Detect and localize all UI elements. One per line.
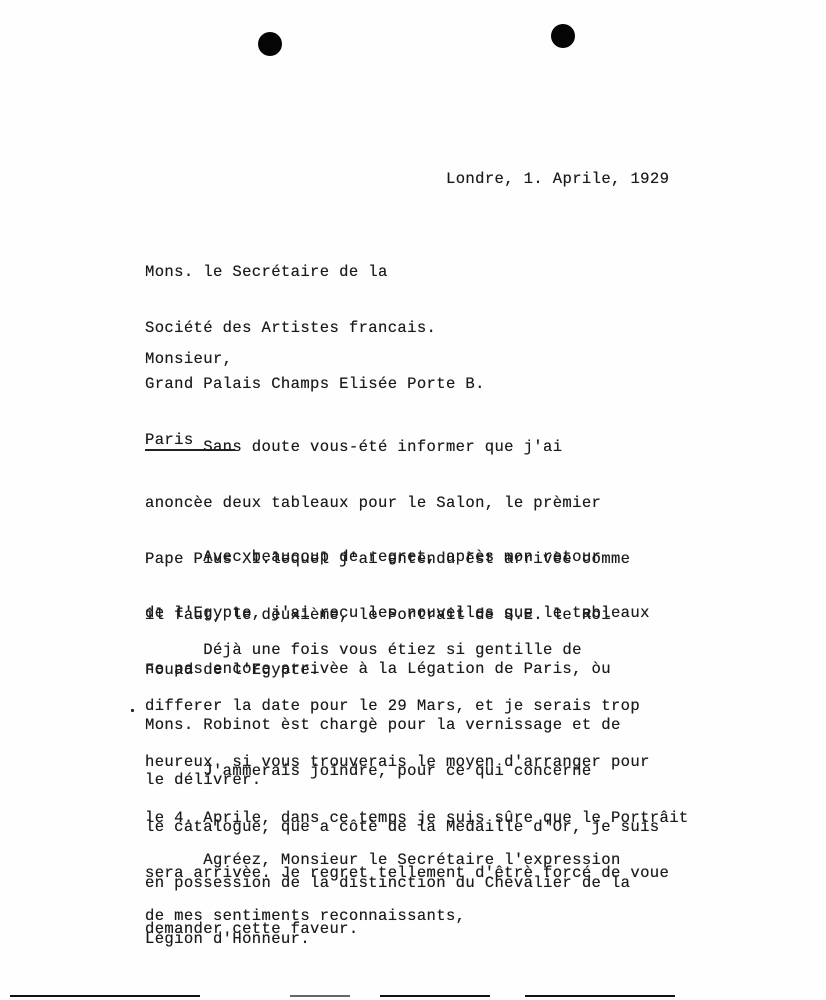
text-line: differer la date pour le 29 Mars, et je … <box>145 697 689 716</box>
text-line: anoncèe deux tableaux pour le Salon, le … <box>145 494 630 513</box>
scan-edge-mark <box>380 995 490 997</box>
scan-edge-mark <box>525 995 675 997</box>
salutation: Monsieur, <box>145 350 232 369</box>
text-line: Agréez, Monsieur le Secrétaire l'express… <box>145 851 621 870</box>
text-line: Déjà une fois vous étiez si gentille de <box>145 641 689 660</box>
punch-hole-right-icon <box>551 24 575 48</box>
address-line: Grand Palais Champs Elisée Porte B. <box>145 375 485 394</box>
margin-ink-mark <box>131 709 134 712</box>
closing-paragraph: Agréez, Monsieur le Secrétaire l'express… <box>145 814 621 963</box>
scan-edge-mark <box>10 995 200 997</box>
punch-hole-left-icon <box>258 32 282 56</box>
dateline: Londre, 1. Aprile, 1929 <box>446 170 669 189</box>
text-line: de mes sentiments reconnaissants, <box>145 907 621 926</box>
text-line: Sans doute vous-été informer que j'ai <box>145 438 630 457</box>
text-line: Avec beaucoup de regret, après mon retou… <box>145 548 650 567</box>
letter-page: Londre, 1. Aprile, 1929 Mons. le Secréta… <box>0 0 826 1000</box>
scan-edge-mark <box>290 995 350 997</box>
text-line: J'ammerais joindre, pour ce qui concerne <box>145 762 660 781</box>
address-line: Société des Artistes francais. <box>145 319 485 338</box>
address-line: Mons. le Secrétaire de la <box>145 263 485 282</box>
